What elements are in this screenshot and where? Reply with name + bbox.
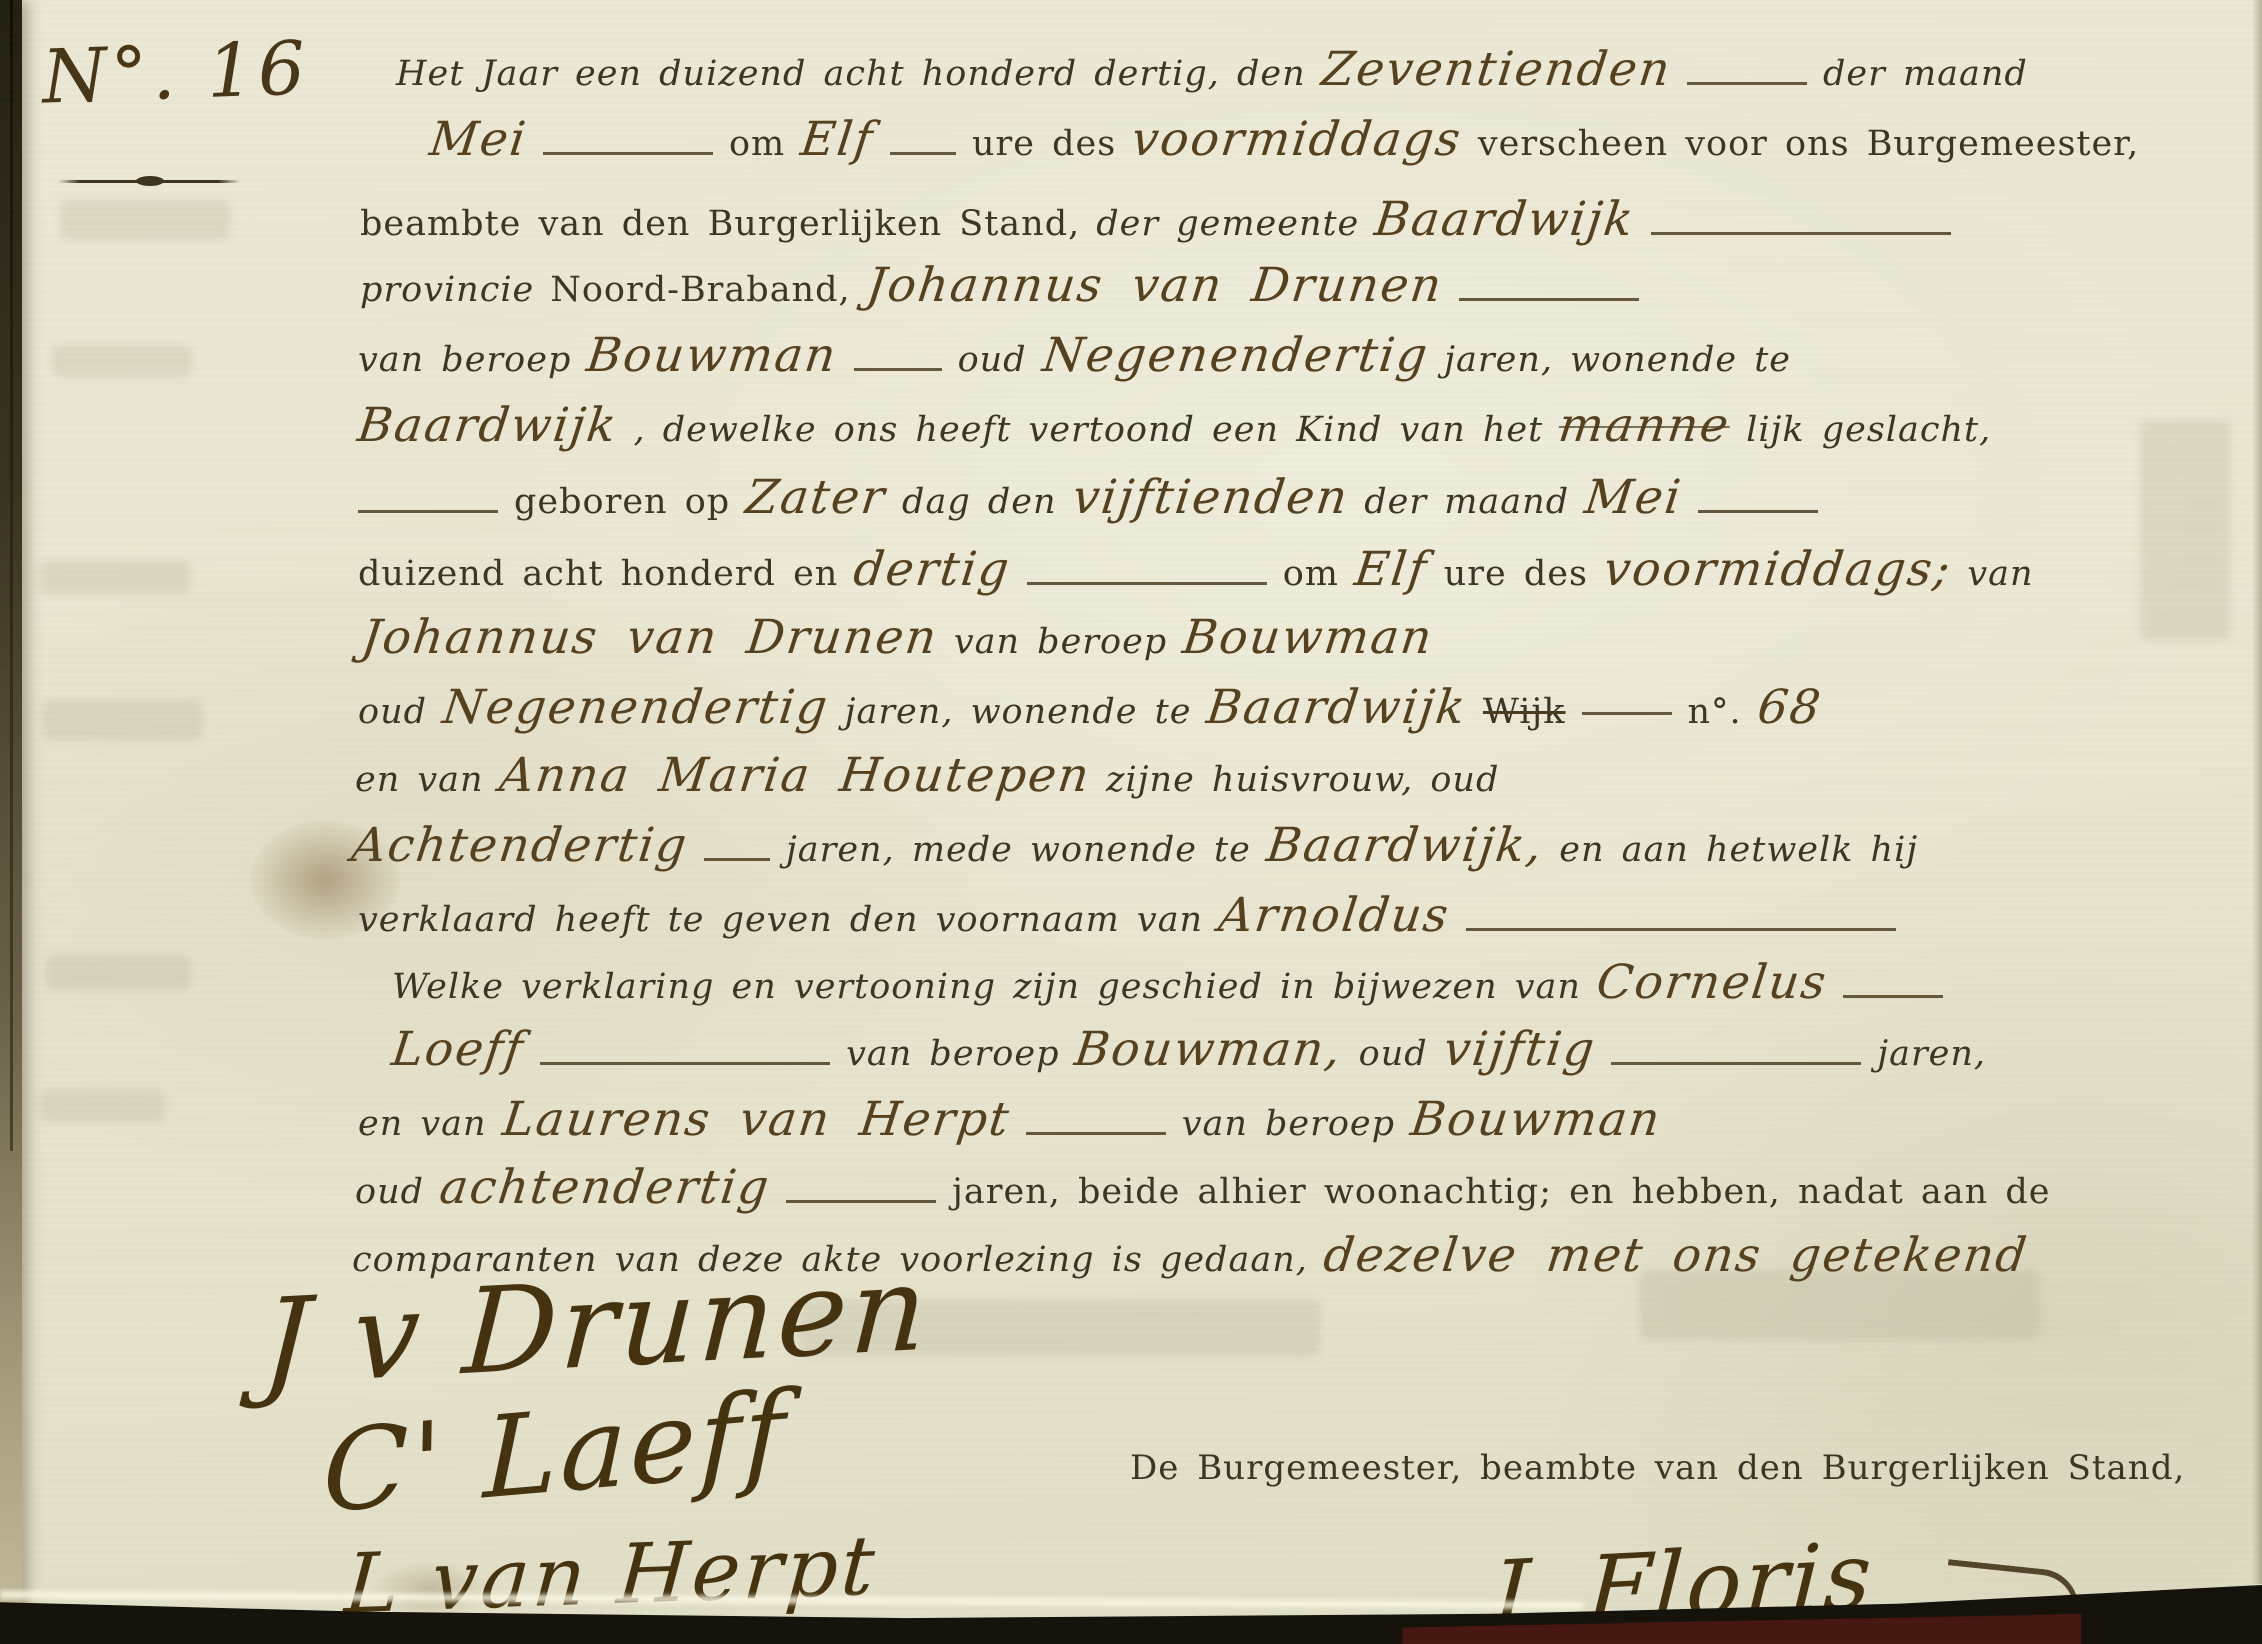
form-line-8: duizend acht honderd endertigomElfure de…: [358, 542, 2050, 597]
form-line-1: Het Jaar een duizend acht honderd dertig…: [396, 42, 2044, 97]
form-line-6: Baardwijk, dewelke ons heeft vertoond ee…: [358, 398, 2007, 453]
page-right-edge: [2252, 0, 2262, 1584]
handwritten-text: 68: [1754, 680, 1825, 735]
fill-rule: [1651, 232, 1951, 235]
printed-text: Wijk: [1483, 692, 1566, 732]
handwritten-text: achtendertig: [437, 1160, 774, 1215]
printed-text: van beroep: [358, 340, 571, 380]
form-line-9: Johannus van Drunenvan beroepBouwman: [362, 610, 1449, 665]
printed-text: ure des: [1444, 554, 1588, 594]
handwritten-text: Zeventienden: [1318, 42, 1674, 97]
form-line-3: beambte van den Burgerlijken Stand,der g…: [360, 192, 1967, 247]
printed-text: jaren, wonende te: [1444, 340, 1791, 380]
printed-text: Welke verklaring en vertooning zijn gesc…: [392, 967, 1581, 1007]
printed-text: , dewelke ons heeft vertoond een Kind va…: [633, 410, 1543, 450]
fill-rule: [1843, 995, 1943, 998]
handwritten-text: Baardwijk: [355, 398, 621, 453]
printed-text: jaren, mede wonende te: [786, 830, 1251, 870]
handwritten-text: Achtendertig: [349, 818, 692, 873]
handwritten-text: Johannus van Drunen: [359, 610, 942, 665]
printed-text: om: [1283, 554, 1339, 594]
form-line-15: Loeffvan beroepBouwman,oudvijftigjaren,: [392, 1022, 2002, 1077]
printed-text: n°.: [1688, 692, 1742, 732]
handwritten-text: Johannus van Drunen: [863, 258, 1446, 313]
printed-text: van beroep: [1182, 1104, 1395, 1144]
printed-text: dag den: [902, 482, 1056, 522]
bleed-through: [2140, 420, 2230, 640]
printed-text: van beroep: [846, 1034, 1059, 1074]
handwritten-text: Anna Maria Houtepen: [496, 748, 1093, 803]
fill-rule: [1459, 298, 1639, 301]
handwritten-text: manne: [1556, 398, 1734, 453]
fill-rule: [704, 858, 770, 861]
printed-text: Noord-Braband,: [550, 270, 850, 310]
handwritten-text: Bouwman,: [1072, 1022, 1346, 1077]
printed-text: om: [729, 124, 785, 164]
fill-rule: [543, 152, 713, 155]
form-line-17: oudachtendertigjaren, beide alhier woona…: [355, 1160, 2066, 1215]
handwritten-text: vijftienden: [1069, 470, 1351, 525]
printed-text: jaren, wonende te: [845, 692, 1192, 732]
printed-text: ure des: [972, 124, 1116, 164]
printed-text: beambte van den Burgerlijken Stand,: [360, 204, 1080, 244]
printed-text: oud: [355, 1172, 424, 1212]
bleed-through: [52, 345, 192, 377]
form-line-7: geboren opZaterdag denvijftiendender maa…: [358, 470, 1834, 525]
bleed-through: [60, 200, 230, 240]
printed-text: duizend acht honderd en: [358, 554, 838, 594]
printed-text: der maand: [1364, 482, 1569, 522]
printed-text: provincie: [360, 270, 534, 310]
bleed-through: [40, 1090, 165, 1122]
handwritten-text: Laurens van Herpt: [499, 1092, 1013, 1147]
fill-rule: [1027, 582, 1267, 585]
printed-text: verscheen voor ons Burgemeester,: [1478, 124, 2139, 164]
form-line-5: van beroepBouwmanoudNegenendertigjaren, …: [358, 328, 1807, 383]
printed-text: oud: [358, 692, 427, 732]
handwritten-text: Elf: [798, 112, 878, 167]
printed-text: en van: [358, 1104, 487, 1144]
printed-text: der maand: [1823, 54, 2028, 94]
form-line-12: Achtendertigjaren, mede wonende teBaardw…: [352, 818, 1934, 873]
handwritten-text: Baardwijk: [1204, 680, 1470, 735]
printed-text: zijne huisvrouw, oud: [1106, 760, 1499, 800]
fill-rule: [1698, 510, 1818, 513]
printed-text: van: [1967, 554, 2033, 594]
handwritten-text: Mei: [427, 112, 531, 167]
form-line-11: en vanAnna Maria Houtepenzijne huisvrouw…: [355, 748, 1515, 803]
fill-rule: [890, 152, 956, 155]
birth-certificate-page: N°. 16 Het Jaar een duizend acht honderd…: [0, 0, 2262, 1644]
handwritten-text: Bouwman: [1408, 1092, 1665, 1147]
fill-rule: [854, 368, 942, 371]
handwritten-text: Negenendertig: [440, 680, 832, 735]
handwritten-text: Zater: [743, 470, 890, 525]
handwritten-text: Bouwman: [1180, 610, 1437, 665]
handwritten-text: Baardwijk,: [1263, 818, 1546, 873]
handwritten-text: Mei: [1582, 470, 1686, 525]
handwritten-text: Negenendertig: [1039, 328, 1431, 383]
handwritten-text: Cornelus: [1594, 955, 1831, 1010]
printed-text: der gemeente: [1096, 204, 1359, 244]
handwritten-text: Bouwman: [584, 328, 841, 383]
printed-text: oud: [1359, 1034, 1428, 1074]
handwritten-text: vijftig: [1440, 1022, 1598, 1077]
fill-rule: [1611, 1062, 1861, 1065]
printed-text: van beroep: [954, 622, 1167, 662]
printed-text: geboren op: [514, 482, 730, 522]
form-line-16: en vanLaurens van Herptvan beroepBouwman: [358, 1092, 1677, 1147]
printed-text: Het Jaar een duizend acht honderd dertig…: [396, 54, 1306, 94]
fill-rule: [1687, 82, 1807, 85]
bleed-through: [42, 700, 202, 740]
form-line-10: oudNegenendertigjaren, wonende teBaardwi…: [358, 680, 1837, 735]
ornament-divider: [58, 176, 240, 186]
handwritten-text: dezelve met ons getekend: [1320, 1228, 2031, 1283]
fill-rule: [1466, 928, 1896, 931]
form-line-2: MeiomElfure desvoormiddagsverscheen voor…: [430, 112, 2155, 167]
fill-rule: [358, 510, 498, 513]
form-line-14: Welke verklaring en vertooning zijn gesc…: [392, 955, 1959, 1010]
printed-text: en aan hetwelk hij: [1559, 830, 1918, 870]
handwritten-text: voormiddags: [1129, 112, 1465, 167]
handwritten-text: Baardwijk: [1372, 192, 1638, 247]
fill-rule: [786, 1200, 936, 1203]
handwritten-text: Elf: [1352, 542, 1432, 597]
book-binding-edge: [0, 0, 22, 1644]
bleed-through: [40, 560, 190, 594]
handwritten-text: voormiddags;: [1601, 542, 1955, 597]
fill-rule: [540, 1062, 830, 1065]
form-line-13: verklaard heeft te geven den voornaam va…: [358, 888, 1912, 943]
printed-text: jaren,: [1877, 1034, 1986, 1074]
fill-rule: [1582, 712, 1672, 715]
act-number: N°. 16: [41, 25, 311, 120]
form-line-4: provincieNoord-Braband,Johannus van Drun…: [360, 258, 1655, 313]
handwritten-text: dertig: [851, 542, 1014, 597]
printed-text: oud: [958, 340, 1027, 380]
bleed-through: [45, 955, 190, 991]
handwritten-text: Loeff: [389, 1022, 528, 1077]
printed-text: lijk geslacht,: [1746, 410, 1991, 450]
fill-rule: [1026, 1132, 1166, 1135]
registrar-caption: De Burgemeester, beambte van den Burgerl…: [1130, 1448, 2185, 1488]
printed-text: verklaard heeft te geven den voornaam va…: [358, 900, 1203, 940]
printed-text: en van: [355, 760, 484, 800]
printed-text: jaren, beide alhier woonachtig; en hebbe…: [952, 1172, 2050, 1212]
handwritten-text: Arnoldus: [1216, 888, 1453, 943]
